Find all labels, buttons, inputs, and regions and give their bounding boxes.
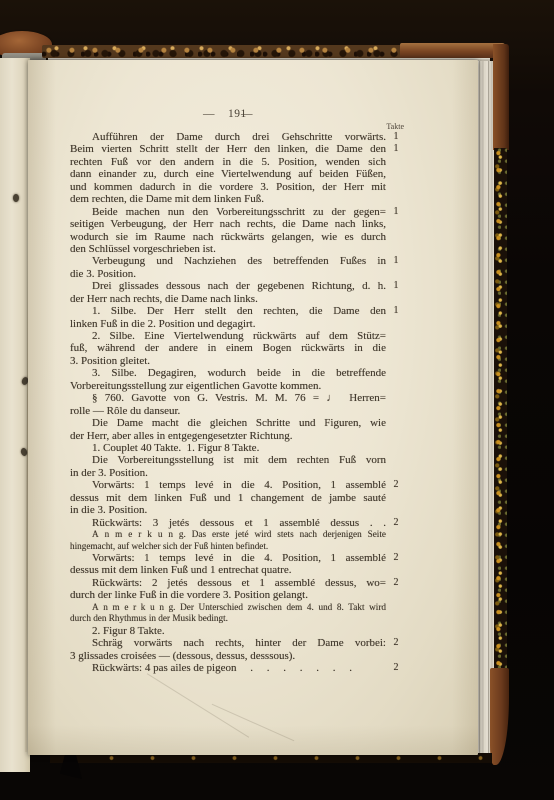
text-line-content: 3 glissades croisées — (dessous, dessus,… xyxy=(70,650,386,662)
text-line-content: dem rechten, die Dame mit dem linken Fuß… xyxy=(70,193,386,205)
takte-value: 1 xyxy=(388,255,404,267)
text-line-content: rolle — Rôle du danseur. xyxy=(70,405,386,417)
text-line-content: 2. Silbe. Eine Viertelwendung rückwärts … xyxy=(70,330,386,342)
text-line-content: dann einander zu, durch eine Viertelwend… xyxy=(70,168,386,180)
page-stack-fore-edges xyxy=(477,61,495,755)
text-line: Vorbereitungsstellung zur eigentlichen G… xyxy=(70,380,410,392)
text-line-content: Rückwärts: 3 jetés dessous et 1 assemblé… xyxy=(70,517,386,529)
text-line-content: fuß, während der andere in einem Bogen r… xyxy=(70,342,386,354)
text-line-content: Die Dame macht die gleichen Schritte und… xyxy=(70,417,386,429)
takte-value: 2 xyxy=(388,662,404,674)
text-line: 2. Silbe. Eine Viertelwendung rückwärts … xyxy=(70,330,410,342)
takte-value: 2 xyxy=(388,479,404,491)
text-line-content: 2. Figur 8 Takte. xyxy=(70,625,386,637)
text-line: 3. Silbe. Degagiren, wodurch beide in di… xyxy=(70,367,410,379)
text-line: Die Vorbereitungsstellung ist mit dem re… xyxy=(70,454,410,466)
text-line: durch den Rhythmus in der Musik bedingt. xyxy=(70,613,410,625)
text-line: in der 3. Position. xyxy=(70,467,410,479)
text-line-content: durch der linke Fuß in die vordere 3. Po… xyxy=(70,589,386,601)
text-line: A n m e r k u n g. Der Unterschied zwisc… xyxy=(70,602,410,614)
text-line: die 3. Position. xyxy=(70,268,410,280)
text-line-content: seitigen Verbeugung, der Herr nach recht… xyxy=(70,218,386,230)
text-line: Beide machen nun den Vorbereitungsschrit… xyxy=(70,206,410,218)
text-line: Vorwärts: 1 temps levé in die 4. Positio… xyxy=(70,552,410,564)
leather-cover-right-bottom xyxy=(490,668,509,765)
text-line: Rückwärts: 3 jetés dessous et 1 assemblé… xyxy=(70,517,410,529)
text-block: Aufführen der Dame durch drei Gehschritt… xyxy=(70,131,410,675)
text-line: in die 3. Position. xyxy=(70,504,410,516)
text-line: wodurch sie im Raume nach rückwärts gela… xyxy=(70,231,410,243)
text-line-content: linken Fuß in die 2. Position und degagi… xyxy=(70,318,386,330)
text-line-content: wodurch sie im Raume nach rückwärts gela… xyxy=(70,231,386,243)
text-line-content: § 760. Gavotte von G. Vestris. M. M. 76 … xyxy=(70,392,386,404)
text-line-content: Drei glissades dessous nach der gegebene… xyxy=(70,280,386,292)
takte-value: 2 xyxy=(388,577,404,589)
text-line: rolle — Rôle du danseur. xyxy=(70,405,410,417)
text-line-content: der Herr nach rechts, die Dame nach link… xyxy=(70,293,386,305)
marbled-fore-edge xyxy=(494,148,507,672)
text-line: hingemacht, auf welcher sich der Fuß hin… xyxy=(70,541,410,553)
text-line-content: Die Vorbereitungsstellung ist mit dem re… xyxy=(70,454,386,466)
takte-value: 2 xyxy=(388,552,404,564)
text-line-content: Beim vierten Schritt stellt der Herr den… xyxy=(70,143,386,155)
text-line-content: 1. Couplet 40 Takte. 1. Figur 8 Takte. xyxy=(70,442,386,454)
text-line-content: Schräg vorwärts nach rechts, hinter der … xyxy=(70,637,386,649)
text-line: Verbeugung und Nachziehen des betreffend… xyxy=(70,255,410,267)
text-line: Rückwärts: 2 jetés dessous et 1 assemblé… xyxy=(70,577,410,589)
text-line: fuß, während der andere in einem Bogen r… xyxy=(70,342,410,354)
text-line-content: dessus mit dem linken Fuß und 1 entrecha… xyxy=(70,564,386,576)
paper-scratch xyxy=(147,673,249,737)
text-line: seitigen Verbeugung, der Herr nach recht… xyxy=(70,218,410,230)
text-line: Rückwärts: 4 pas ailes de pigeon . . . .… xyxy=(70,662,410,674)
text-line: linken Fuß in die 2. Position und degagi… xyxy=(70,318,410,330)
takte-value: 2 xyxy=(388,517,404,529)
text-line: und kommen dadurch in die vordere 3. Pos… xyxy=(70,181,410,193)
binding-stitch xyxy=(13,194,19,202)
text-line: der Herr nach rechts, die Dame nach link… xyxy=(70,293,410,305)
text-line-content: hingemacht, auf welcher sich der Fuß hin… xyxy=(70,541,386,553)
takte-value: 1 xyxy=(388,305,404,317)
text-line-content: 1. Silbe. Der Herr stellt den rechten, d… xyxy=(70,305,386,317)
takte-value: 1 xyxy=(388,280,404,292)
leather-cover-right-top xyxy=(493,44,509,150)
text-line: 3. Position gleitet. xyxy=(70,355,410,367)
text-line: Beim vierten Schritt stellt der Herr den… xyxy=(70,143,410,155)
text-line-content: Beide machen nun den Vorbereitungsschrit… xyxy=(70,206,386,218)
text-line: Die Dame macht die gleichen Schritte und… xyxy=(70,417,410,429)
takte-value: 1 xyxy=(388,206,404,218)
takte-value: 2 xyxy=(388,637,404,649)
takte-value: 1 xyxy=(388,143,404,155)
text-line-content: Aufführen der Dame durch drei Gehschritt… xyxy=(70,131,386,143)
text-line-content: die 3. Position. xyxy=(70,268,386,280)
text-line: 2. Figur 8 Takte. xyxy=(70,625,410,637)
text-line: dann einander zu, durch eine Viertelwend… xyxy=(70,168,410,180)
text-line: Schräg vorwärts nach rechts, hinter der … xyxy=(70,637,410,649)
text-line-content: A n m e r k u n g. Das erste jeté wird s… xyxy=(70,529,386,541)
text-line: Drei glissades dessous nach der gegebene… xyxy=(70,280,410,292)
text-line: 1. Silbe. Der Herr stellt den rechten, d… xyxy=(70,305,410,317)
text-line-content: Vorwärts: 1 temps levé in die 4. Positio… xyxy=(70,479,386,491)
text-line-content: rechten Fuß vor den andern in die 5. Pos… xyxy=(70,156,386,168)
text-line-content: der Herr, aber alles in entgegengesetzte… xyxy=(70,430,386,442)
takte-column-label: Takte xyxy=(358,122,404,131)
text-line-content: den Schlüssel vorgeschrieben ist. xyxy=(70,243,386,255)
leather-top-edge xyxy=(400,43,506,58)
text-line-content: Rückwärts: 4 pas ailes de pigeon . . . .… xyxy=(70,662,386,674)
text-line: A n m e r k u n g. Das erste jeté wird s… xyxy=(70,529,410,541)
text-line: den Schlüssel vorgeschrieben ist. xyxy=(70,243,410,255)
page-number: 191 xyxy=(228,108,247,120)
takte-value: 1 xyxy=(388,131,404,143)
text-line-content: Rückwärts: 2 jetés dessous et 1 assemblé… xyxy=(70,577,386,589)
text-line-content: in der 3. Position. xyxy=(70,467,386,479)
text-line: dessus mit dem linken Fuß und 1 changeme… xyxy=(70,492,410,504)
text-line-content: Vorbereitungsstellung zur eigentlichen G… xyxy=(70,380,386,392)
text-line-content: 3. Silbe. Degagiren, wodurch beide in di… xyxy=(70,367,386,379)
text-line-content: in die 3. Position. xyxy=(70,504,386,516)
text-line-content: dessus mit dem linken Fuß und 1 changeme… xyxy=(70,492,386,504)
text-line-content: Verbeugung und Nachziehen des betreffend… xyxy=(70,255,386,267)
text-line: Vorwärts: 1 temps levé in die 4. Positio… xyxy=(70,479,410,491)
text-line: dessus mit dem linken Fuß und 1 entrecha… xyxy=(70,564,410,576)
text-line: § 760. Gavotte von G. Vestris. M. M. 76 … xyxy=(70,392,410,404)
book-page: —191— Takte Aufführen der Dame durch dre… xyxy=(28,60,478,755)
text-line: Aufführen der Dame durch drei Gehschritt… xyxy=(70,131,410,143)
text-line-content: durch den Rhythmus in der Musik bedingt. xyxy=(70,613,386,625)
header-dash-left: — xyxy=(203,108,215,120)
text-line: der Herr, aber alles in entgegengesetzte… xyxy=(70,430,410,442)
text-line-content: A n m e r k u n g. Der Unterschied zwisc… xyxy=(70,602,386,614)
page-header: —191— xyxy=(70,108,386,120)
text-line-content: und kommen dadurch in die vordere 3. Pos… xyxy=(70,181,386,193)
book-photograph: —191— Takte Aufführen der Dame durch dre… xyxy=(0,0,554,800)
text-line: 1. Couplet 40 Takte. 1. Figur 8 Takte. xyxy=(70,442,410,454)
text-line-content: 3. Position gleitet. xyxy=(70,355,386,367)
text-line: rechten Fuß vor den andern in die 5. Pos… xyxy=(70,156,410,168)
text-line: dem rechten, die Dame mit dem linken Fuß… xyxy=(70,193,410,205)
text-line-content: Vorwärts: 1 temps levé in die 4. Positio… xyxy=(70,552,386,564)
text-line: durch der linke Fuß in die vordere 3. Po… xyxy=(70,589,410,601)
text-line: 3 glissades croisées — (dessous, dessus,… xyxy=(70,650,410,662)
